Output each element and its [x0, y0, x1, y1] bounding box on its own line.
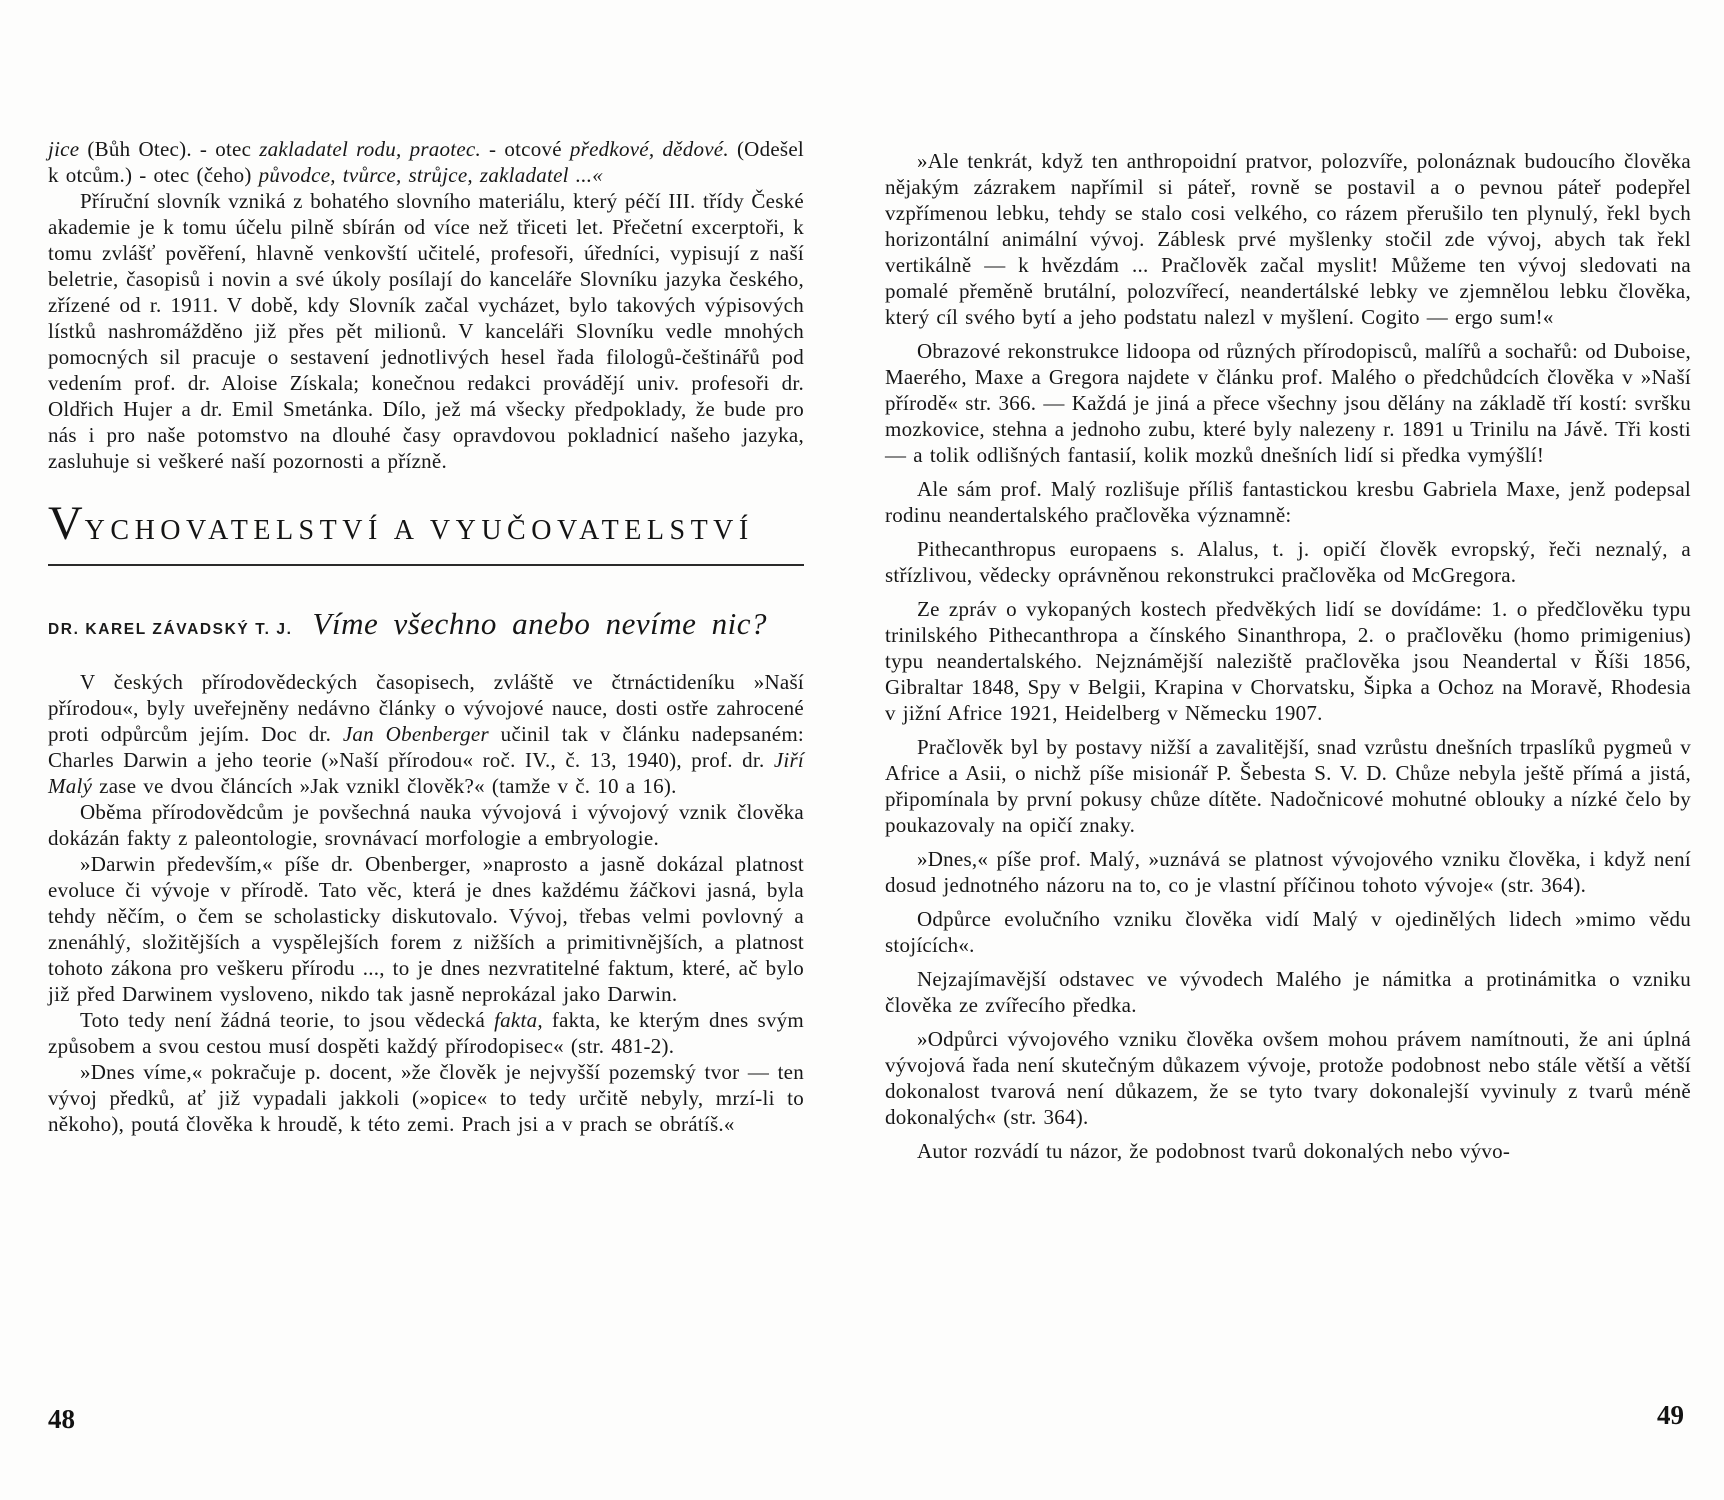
article-header: DR. KAREL ZÁVADSKÝ T. J. Víme všechno an…	[48, 606, 804, 642]
text-run: »Dnes víme,« pokračuje p. docent, »že čl…	[48, 1060, 804, 1136]
text-run: Pračlověk byl by postavy nižší a zavalit…	[885, 735, 1691, 837]
text-run: Nejzajímavější odstavec ve vývodech Malé…	[885, 967, 1691, 1017]
paragraph: »Odpůrci vývojového vzniku člověka ovšem…	[885, 1026, 1691, 1130]
text-run: (Bůh Otec). - otec	[87, 137, 259, 161]
paragraph: Autor rozvádí tu názor, že podobnost tva…	[885, 1138, 1691, 1164]
left-page: jice (Bůh Otec). - otec zakladatel rodu,…	[48, 136, 804, 1137]
text-run: »Ale tenkrát, když ten anthropoidní prat…	[885, 149, 1691, 329]
paragraph: Odpůrce evolučního vzniku člověka vidí M…	[885, 906, 1691, 958]
text-run: Odpůrce evolučního vzniku člověka vidí M…	[885, 907, 1691, 957]
text-run-italic: zakladatel rodu, praotec.	[259, 137, 481, 161]
paragraph: Pračlověk byl by postavy nižší a zavalit…	[885, 734, 1691, 838]
paragraph: »Darwin především,« píše dr. Obenberger,…	[48, 851, 804, 1007]
text-run: Ale sám prof. Malý rozlišuje příliš fant…	[885, 477, 1691, 527]
text-run: - otcové	[481, 137, 570, 161]
paragraph: Toto tedy není žádná teorie, to jsou věd…	[48, 1007, 804, 1059]
text-run-italic: fakta,	[494, 1008, 543, 1032]
text-run: Autor rozvádí tu názor, že podobnost tva…	[917, 1139, 1510, 1163]
paragraph: Oběma přírodovědcům je povšechná nauka v…	[48, 799, 804, 851]
paragraph: jice (Bůh Otec). - otec zakladatel rodu,…	[48, 136, 804, 188]
right-page: »Ale tenkrát, když ten anthropoidní prat…	[885, 148, 1691, 1172]
text-run-italic: jice	[48, 137, 87, 161]
text-run-italic: původce, tvůrce, strůjce, zakladatel ...…	[259, 163, 603, 187]
paragraph: »Dnes,« píše prof. Malý, »uznává se plat…	[885, 846, 1691, 898]
paragraph: Obrazové rekonstrukce lidoopa od různých…	[885, 338, 1691, 468]
text-run: zase ve dvou článcích »Jak vznikl člověk…	[92, 774, 676, 798]
text-run: Pithecanthropus europaens s. Alalus, t. …	[885, 537, 1691, 587]
paragraph: »Ale tenkrát, když ten anthropoidní prat…	[885, 148, 1691, 330]
paragraph: »Dnes víme,« pokračuje p. docent, »že čl…	[48, 1059, 804, 1137]
section-heading: VYCHOVATELSTVÍ A VYUČOVATELSTVÍ	[48, 500, 804, 548]
article-title: Víme všechno anebo nevíme nic?	[313, 606, 767, 642]
text-run: »Darwin především,« píše dr. Obenberger,…	[48, 852, 804, 1006]
text-run-italic: předkové, dědové.	[570, 137, 729, 161]
text-run: Obrazové rekonstrukce lidoopa od různých…	[885, 339, 1691, 467]
article-body-left: V českých přírodovědeckých časopisech, z…	[48, 669, 804, 1137]
text-run: »Dnes,« píše prof. Malý, »uznává se plat…	[885, 847, 1691, 897]
left-page-top-text: jice (Bůh Otec). - otec zakladatel rodu,…	[48, 136, 804, 474]
text-run: Ze zpráv o vykopaných kostech předvěkých…	[885, 597, 1691, 725]
text-run: Příruční slovník vzniká z bohatého slovn…	[48, 189, 804, 473]
text-run: Toto tedy není žádná teorie, to jsou věd…	[80, 1008, 494, 1032]
text-run-italic: Jan Obenberger	[343, 722, 489, 746]
page-number-left: 48	[48, 1404, 75, 1435]
paragraph: Ale sám prof. Malý rozlišuje příliš fant…	[885, 476, 1691, 528]
paragraph: Nejzajímavější odstavec ve vývodech Malé…	[885, 966, 1691, 1018]
text-run: Oběma přírodovědcům je povšechná nauka v…	[48, 800, 804, 850]
section-heading-rest: YCHOVATELSTVÍ A VYUČOVATELSTVÍ	[85, 515, 754, 546]
paragraph: Ze zpráv o vykopaných kostech předvěkých…	[885, 596, 1691, 726]
article-byline: DR. KAREL ZÁVADSKÝ T. J.	[48, 621, 293, 639]
paragraph: V českých přírodovědeckých časopisech, z…	[48, 669, 804, 799]
paragraph: Pithecanthropus europaens s. Alalus, t. …	[885, 536, 1691, 588]
text-run: »Odpůrci vývojového vzniku člověka ovšem…	[885, 1027, 1691, 1129]
page-number-right: 49	[1657, 1400, 1684, 1431]
heading-rule	[48, 564, 804, 566]
section-heading-initial: V	[48, 497, 85, 550]
paragraph: Příruční slovník vzniká z bohatého slovn…	[48, 188, 804, 474]
